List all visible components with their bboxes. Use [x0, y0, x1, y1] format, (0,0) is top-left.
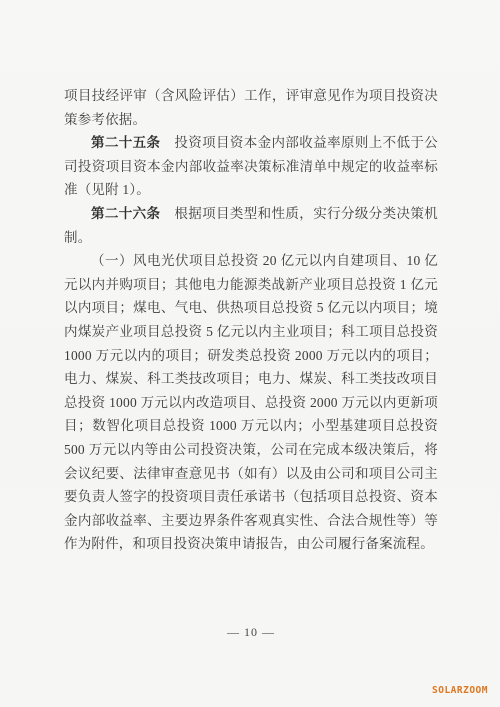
paragraph-item-1: （一）风电光伏项目总投资 20 亿元以内自建项目、10 亿元以内并购项目；其他电…: [64, 249, 438, 556]
document-page: 项目技经评审（含风险评估）工作，评审意见作为项目投资决策参考依据。 第二十五条 …: [0, 0, 500, 707]
paragraph-article-26: 第二十六条 根据项目类型和性质，实行分级分类决策机制。: [64, 202, 438, 249]
page-number: — 10 —: [64, 625, 438, 640]
paragraph-article-25: 第二十五条 投资项目资本金内部收益率原则上不低于公司投资项目资本金内部收益率决策…: [64, 131, 438, 202]
article-26-heading: 第二十六条: [91, 206, 160, 221]
paragraph-continuation: 项目技经评审（含风险评估）工作，评审意见作为项目投资决策参考依据。: [64, 84, 438, 131]
document-body: 项目技经评审（含风险评估）工作，评审意见作为项目投资决策参考依据。 第二十五条 …: [64, 84, 438, 556]
watermark-solarzoom: SOLARZOOM: [432, 685, 488, 696]
article-25-heading: 第二十五条: [91, 135, 160, 150]
